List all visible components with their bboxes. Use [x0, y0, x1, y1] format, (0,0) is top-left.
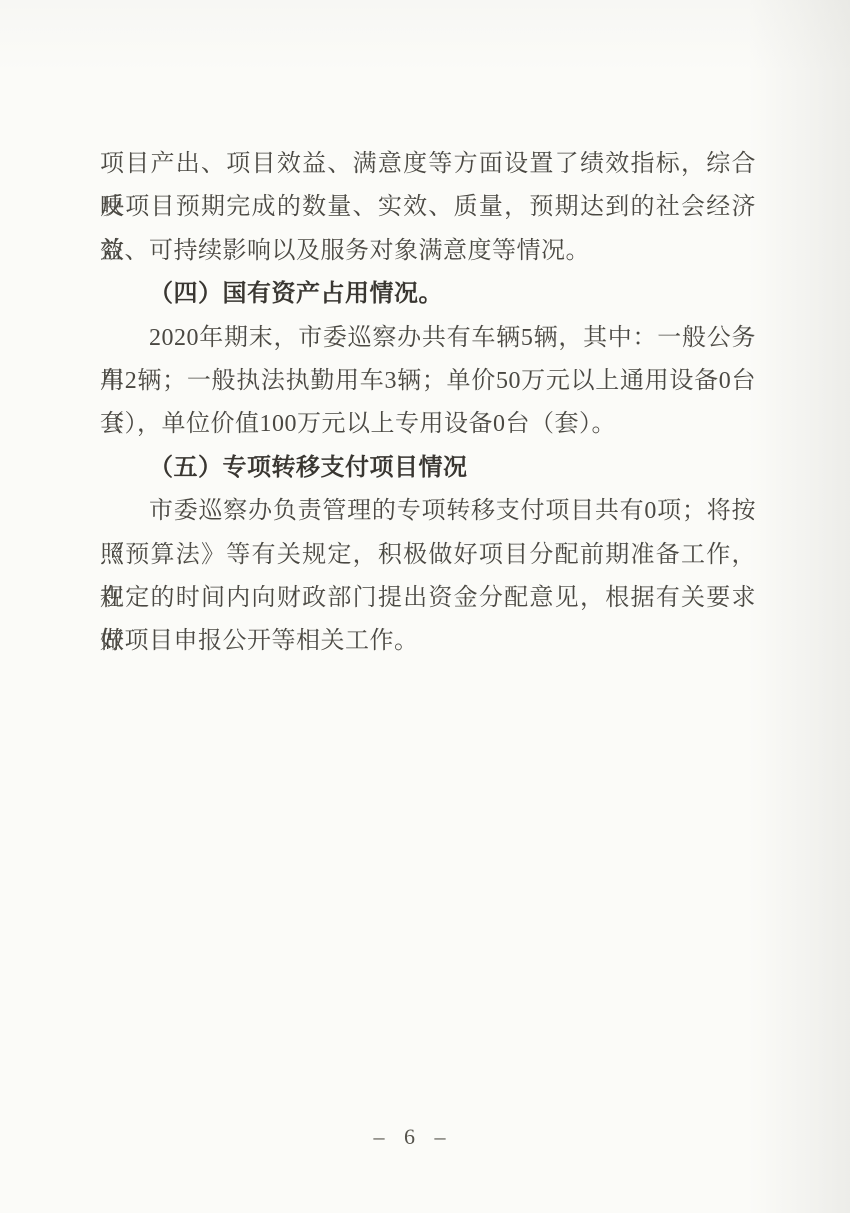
- section-heading-state-assets: （四）国有资产占用情况。: [100, 273, 756, 316]
- body-line: 车2辆；一般执法执勤用车3辆；单价50万元以上通用设备0台（: [100, 360, 756, 403]
- body-line: 项目产出、项目效益、满意度等方面设置了绩效指标，综合反: [100, 143, 756, 186]
- body-line: 益、可持续影响以及服务对象满意度等情况。: [100, 230, 756, 273]
- body-line: 2020年期末，市委巡察办共有车辆5辆，其中：一般公务用: [100, 317, 756, 360]
- body-line: 套），单位价值100万元以上专用设备0台（套）。: [100, 403, 756, 446]
- document-page: 项目产出、项目效益、满意度等方面设置了绩效指标，综合反 映项目预期完成的数量、实…: [0, 0, 850, 1213]
- page-number: – 6 –: [0, 1124, 826, 1150]
- body-line: 《预算法》等有关规定，积极做好项目分配前期准备工作，在: [100, 534, 756, 577]
- text-block: 项目产出、项目效益、满意度等方面设置了绩效指标，综合反 映项目预期完成的数量、实…: [100, 143, 756, 664]
- body-line: 市委巡察办负责管理的专项转移支付项目共有0项；将按照: [100, 490, 756, 533]
- section-heading-transfer-payments: （五）专项转移支付项目情况: [100, 447, 756, 490]
- body-line: 映项目预期完成的数量、实效、质量，预期达到的社会经济效: [100, 186, 756, 229]
- body-line: 规定的时间内向财政部门提出资金分配意见，根据有关要求做: [100, 577, 756, 620]
- body-line: 好项目申报公开等相关工作。: [100, 620, 756, 663]
